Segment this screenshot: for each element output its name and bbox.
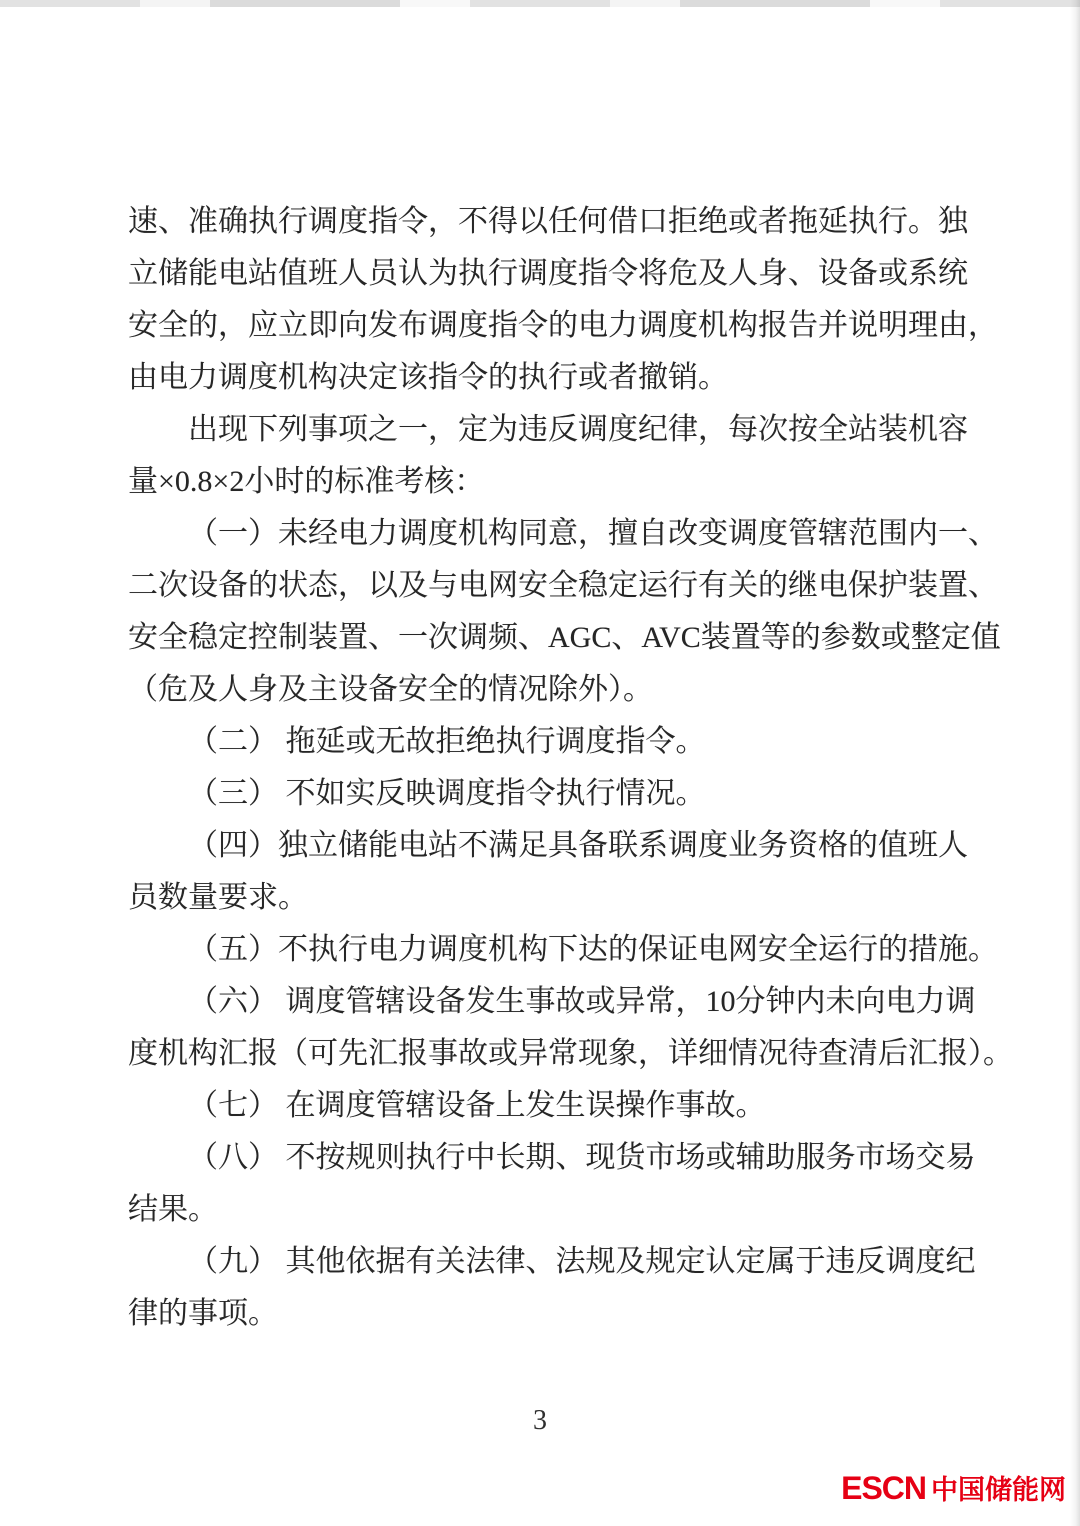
text-line: 结果。 [128,1184,996,1236]
scan-right-edge-artifact [1070,0,1080,1526]
text-line-item-4: （四）独立储能电站不满足具备联系调度业务资格的值班人 [128,820,996,872]
text-line-item-9: （九） 其他依据有关法律、法规及规定认定属于违反调度纪 [128,1236,996,1288]
document-body: 速、准确执行调度指令，不得以任何借口拒绝或者拖延执行。独 立储能电站值班人员认为… [128,196,996,1340]
text-line-item-2: （二） 拖延或无故拒绝执行调度指令。 [128,716,996,768]
text-line: 二次设备的状态，以及与电网安全稳定运行有关的继电保护装置、 [128,560,996,612]
text-line: 安全稳定控制装置、一次调频、AGC、AVC装置等的参数或整定值 [128,612,996,664]
text-line-item-5: （五）不执行电力调度机构下达的保证电网安全运行的措施。 [128,924,996,976]
text-line: 立储能电站值班人员认为执行调度指令将危及人身、设备或系统 [128,248,996,300]
text-line: （危及人身及主设备安全的情况除外）。 [128,664,996,716]
text-line-item-8: （八） 不按规则执行中长期、现货市场或辅助服务市场交易 [128,1132,996,1184]
text-line: 律的事项。 [128,1288,996,1340]
text-line: 量×0.8×2小时的标准考核： [128,456,996,508]
escn-logo-latin-text: ESCN [841,1470,926,1507]
scan-top-edge-artifact [0,0,1080,7]
text-line: 速、准确执行调度指令，不得以任何借口拒绝或者拖延执行。独 [128,196,996,248]
page-number: 3 [0,1404,1080,1438]
escn-logo-cjk-text: 中国储能网 [931,1468,1066,1507]
text-line-item-3: （三） 不如实反映调度指令执行情况。 [128,768,996,820]
text-line: 由电力调度机构决定该指令的执行或者撤销。 [128,352,996,404]
escn-logo: ESCN 中国储能网 [841,1468,1066,1507]
text-line-item-1: （一）未经电力调度机构同意，擅自改变调度管辖范围内一、 [128,508,996,560]
text-line: 员数量要求。 [128,872,996,924]
text-line-item-6: （六） 调度管辖设备发生事故或异常，10分钟内未向电力调 [128,976,996,1028]
text-line-item-7: （七） 在调度管辖设备上发生误操作事故。 [128,1080,996,1132]
text-line: 出现下列事项之一，定为违反调度纪律，每次按全站装机容 [128,404,996,456]
text-line: 度机构汇报（可先汇报事故或异常现象，详细情况待查清后汇报）。 [128,1028,996,1080]
text-line: 安全的，应立即向发布调度指令的电力调度机构报告并说明理由， [128,300,996,352]
